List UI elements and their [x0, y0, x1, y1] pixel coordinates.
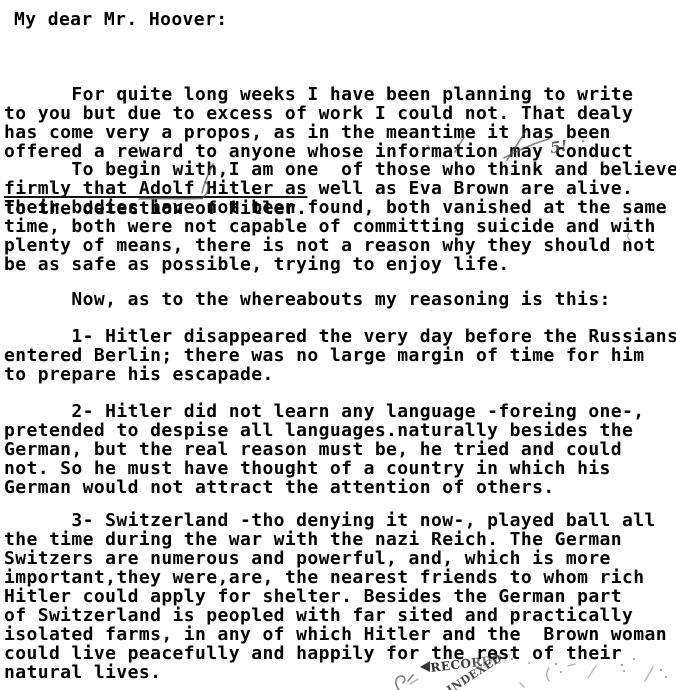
paragraph-1-lines: For quite long weeks I have been plannin…: [4, 85, 633, 161]
numbered-point-1: 1- Hitler disappeared the very day befor…: [4, 327, 676, 384]
salutation: My dear Mr. Hoover:: [14, 10, 228, 29]
numbered-point-2: 2- Hitler did not learn any language -fo…: [4, 402, 645, 497]
paragraph-2: To begin with,I am one of those who thin…: [4, 160, 676, 274]
typewritten-text-layer: My dear Mr. Hoover: For quite long weeks…: [0, 0, 676, 690]
transition-line: Now, as to the whereabouts my reasoning …: [4, 290, 611, 309]
scanned-letter-page: My dear Mr. Hoover: For quite long weeks…: [0, 0, 676, 690]
numbered-point-3: 3- Switzerland -tho denying it now-, pla…: [4, 511, 667, 682]
